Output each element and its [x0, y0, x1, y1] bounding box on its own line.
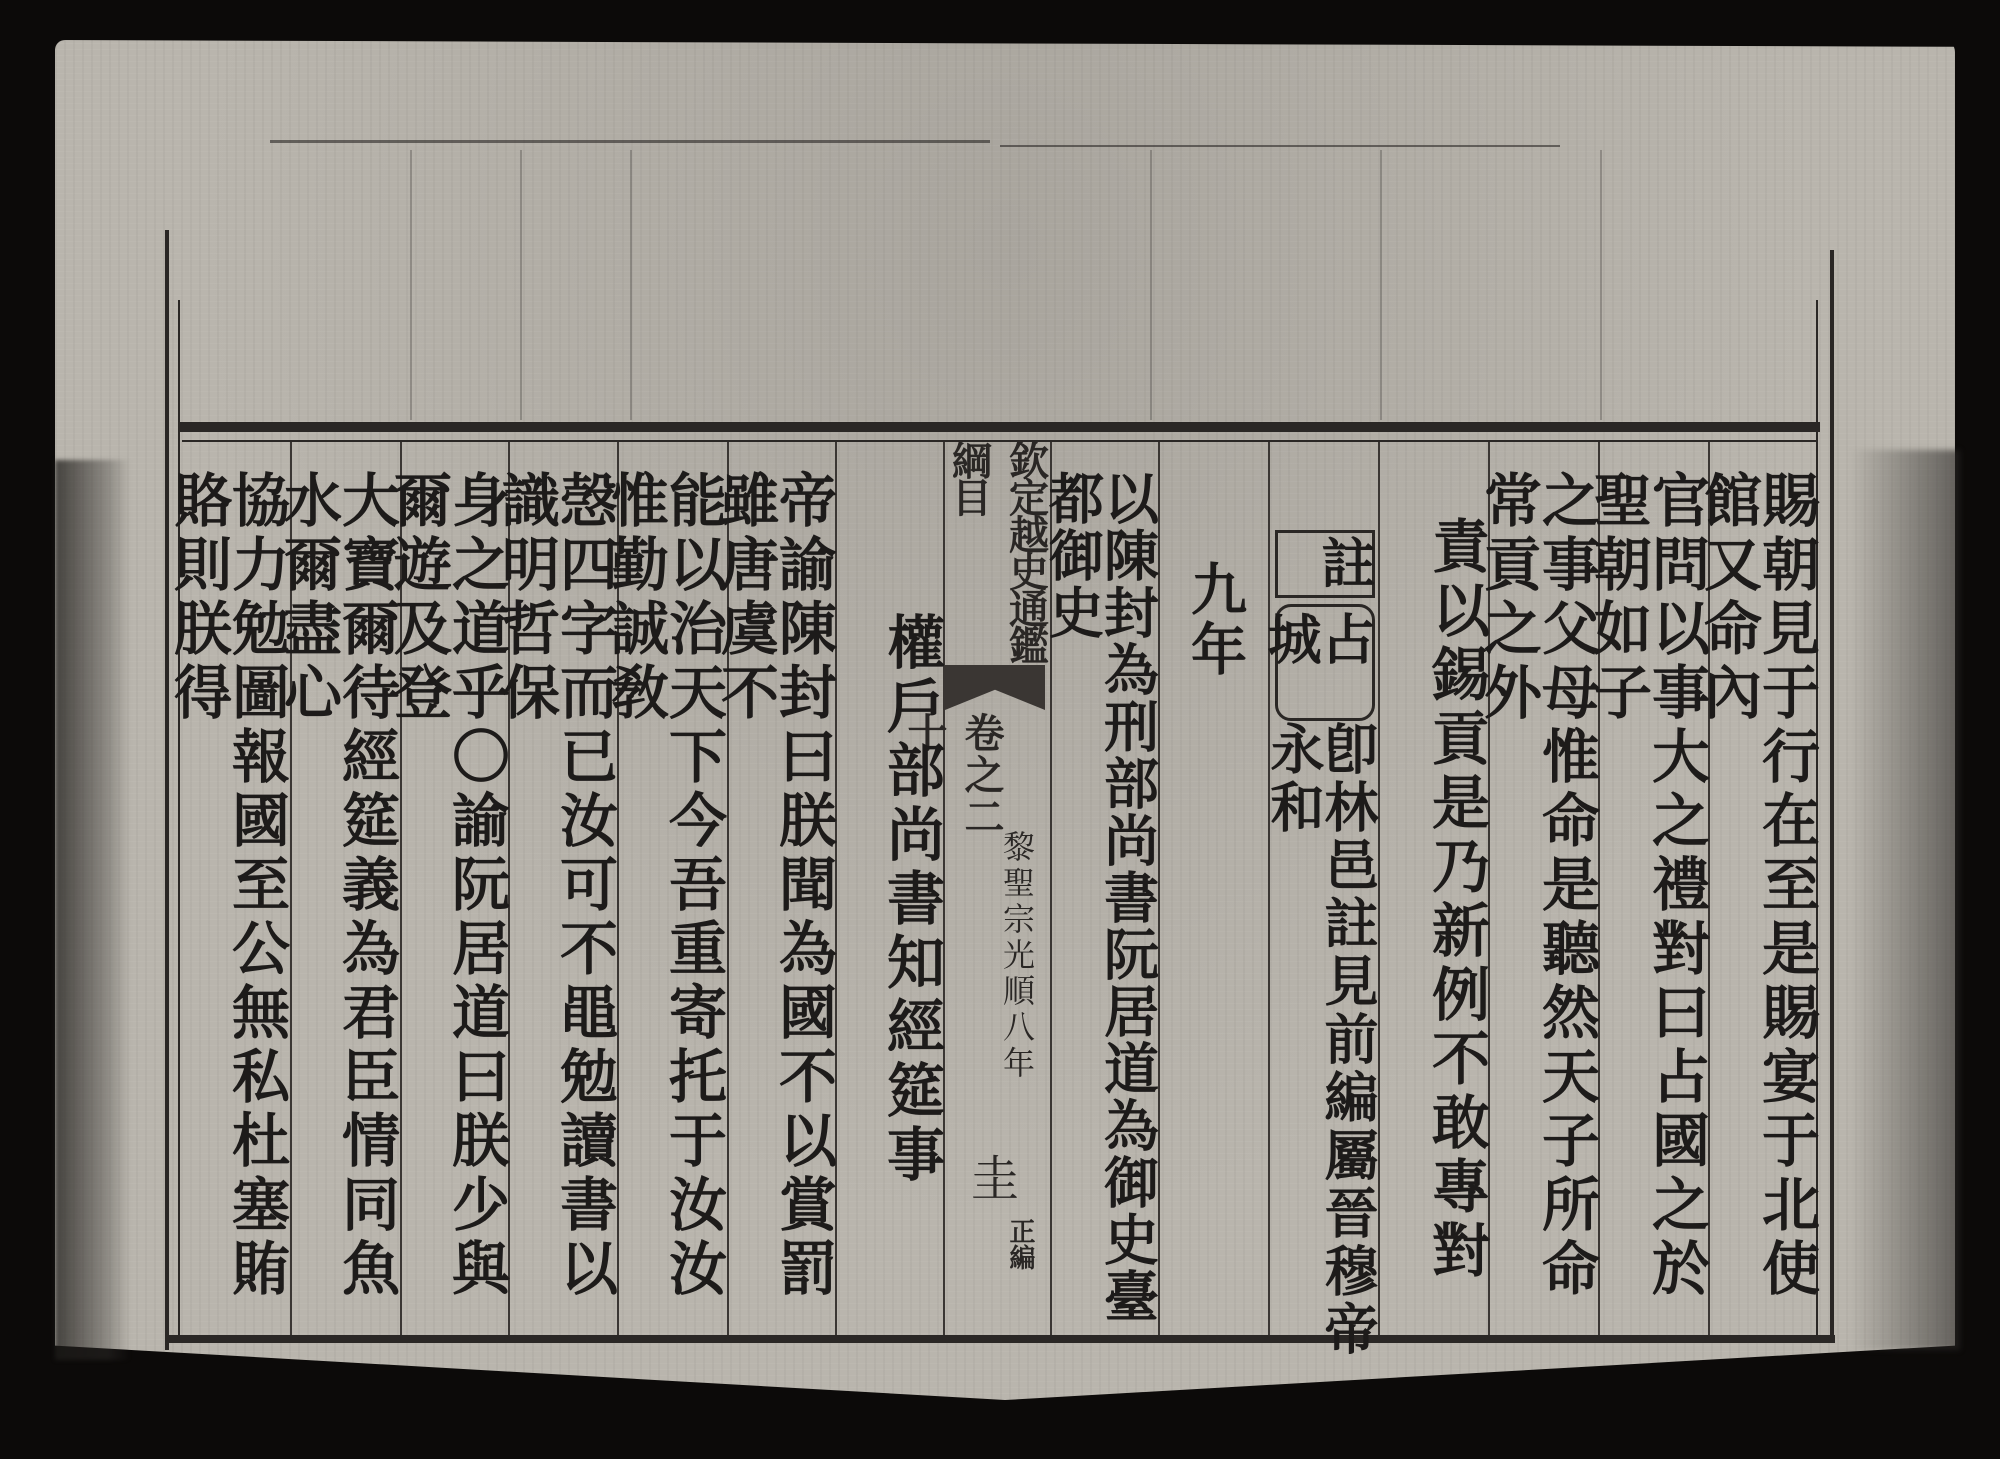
text-column-4: 責以錫貢是乃新例不敢專對	[1385, 470, 1485, 1330]
book-title: 欽定越史通鑑綱目	[950, 440, 1045, 670]
column-divider	[1268, 442, 1270, 1335]
text-column-5: 註 占城 卽林邑註見前編屬晉穆帝永和	[1275, 530, 1375, 1390]
frame-right-outer	[1830, 250, 1834, 1340]
text-column-7: 以陳封為刑部尚書阮居道為御史臺都御史	[1055, 470, 1155, 1330]
folio-number: 圭	[965, 1140, 1025, 1200]
reign-heading: 黎聖宗光順八年	[1000, 830, 1040, 1090]
text-column-14: 協力勉圖報國至公無私杜塞賄賂則朕得	[185, 470, 285, 1330]
text-column-8: 權戶部尚書知經筵事	[840, 470, 940, 1330]
text-column-1: 賜朝見于行在至是賜宴于北使館又命內	[1715, 470, 1815, 1330]
place-name-box: 占城	[1275, 604, 1375, 721]
annotation-marker-box: 註	[1275, 530, 1375, 598]
text-column-6: 九年	[1175, 560, 1255, 680]
text-column-2: 官問以事大之禮對曰占國之於聖朝如子	[1605, 470, 1705, 1330]
text-column-3: 之事父母惟命是聽然天子所命常貢之外	[1495, 470, 1595, 1330]
section-label: 正編	[1005, 1218, 1039, 1308]
ghost-line	[410, 150, 412, 420]
frame-top-thick	[180, 422, 1820, 432]
text-column-10: 能以治天下今吾重寄托于汝汝惟勤誠敎	[622, 470, 722, 1330]
ghost-line	[1600, 150, 1602, 420]
ink-smudge-left	[55, 460, 130, 1360]
upper-margin-rule-left	[270, 140, 990, 143]
text-column-9: 帝諭陳封曰朕聞為國不以賞罰雖唐虞不	[732, 470, 832, 1330]
ghost-line	[520, 150, 522, 420]
ghost-line	[630, 150, 632, 420]
frame-left-inner	[178, 300, 180, 1340]
text-column-13: 大寶爾待經筵義為君臣情同魚水爾盡心	[295, 470, 395, 1330]
ink-smudge-right	[1850, 450, 1960, 1350]
frame-bottom	[165, 1335, 1835, 1343]
ghost-line	[1380, 150, 1382, 420]
upper-margin-rule-right	[1000, 145, 1560, 147]
text-column-12: 身之道乎〇諭阮居道曰朕少與爾遊及登	[405, 470, 505, 1330]
ghost-line	[1150, 150, 1152, 420]
frame-left-outer	[165, 230, 169, 1350]
text-column-11: 愨四字而已汝可不黽勉讀書以識明哲保	[513, 470, 613, 1330]
